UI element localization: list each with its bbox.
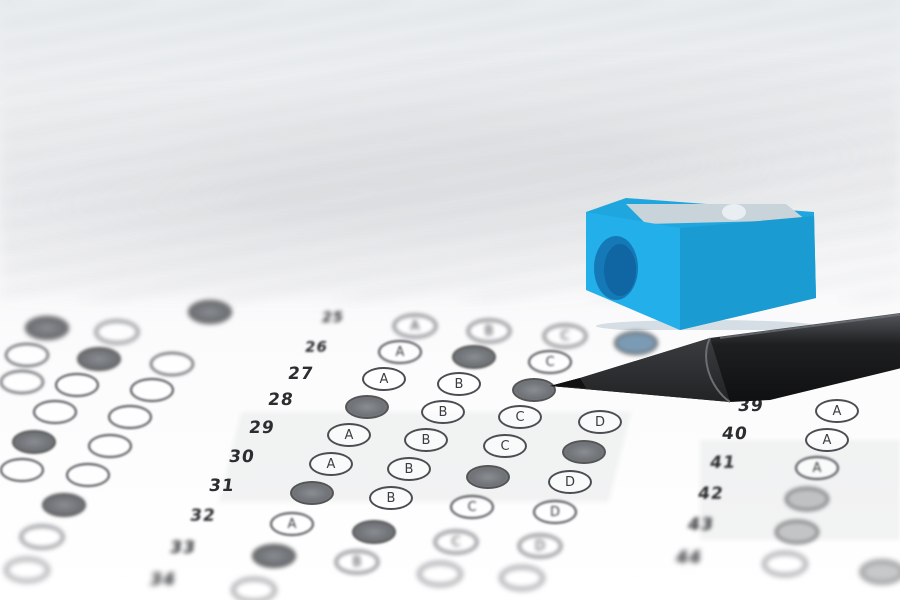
black-pencil [550,308,900,408]
bubble-40-a[interactable]: A [805,428,849,452]
bubble[interactable] [5,343,49,367]
bubble[interactable] [0,458,44,482]
bubble-filled[interactable] [12,430,56,454]
bubble[interactable] [33,400,77,424]
bubble-31-a[interactable] [290,481,334,505]
question-number: 25 [321,310,345,326]
bubble-30-b[interactable]: B [387,457,431,481]
bubble-32-c[interactable]: C [434,530,478,554]
bubble-filled[interactable] [77,347,121,371]
question-number: 32 [189,506,217,526]
question-number: 40 [721,424,749,444]
question-number: 33 [169,538,197,558]
bubble[interactable] [88,434,132,458]
bubble-33-c[interactable] [418,562,462,586]
bubble-26-b[interactable] [452,345,496,369]
bubble-32-a[interactable]: A [270,512,314,536]
question-number: 44 [675,548,703,568]
bubble-43-a[interactable] [775,520,819,544]
bubble-27-a[interactable]: A [362,367,406,391]
bubble-29-a[interactable]: A [327,423,371,447]
bubble[interactable] [5,558,49,582]
bubble[interactable] [108,405,152,429]
bubble-31-d[interactable]: D [548,470,592,494]
bubble-30-d[interactable] [562,440,606,464]
bubble-32-d[interactable]: D [533,500,577,524]
bubble-33-b[interactable]: B [335,550,379,574]
question-number: 27 [287,364,315,384]
question-number: 30 [228,447,256,467]
bubble-31-c[interactable]: C [450,495,494,519]
bubble-filled[interactable] [25,316,69,340]
bubble-41-a[interactable]: A [795,456,839,480]
question-number: 43 [687,515,715,535]
bubble-26-a[interactable]: A [378,340,422,364]
question-number: 28 [267,390,295,410]
bubble-32-b[interactable] [352,520,396,544]
bubble-filled[interactable] [188,300,232,324]
bubble-31-b[interactable]: B [369,486,413,510]
bubble[interactable] [20,525,64,549]
bubble-30-c[interactable] [466,465,510,489]
bubble-33-a[interactable] [252,544,296,568]
bubble-33-d[interactable]: D [518,534,562,558]
bubble-42-a[interactable] [785,487,829,511]
bubble[interactable] [95,320,139,344]
bubble-28-a[interactable] [345,395,389,419]
bubble-34-a[interactable] [232,578,276,600]
bubble-29-b[interactable]: B [404,428,448,452]
bubble[interactable] [150,352,194,376]
bubble-28-b[interactable]: B [421,400,465,424]
bubble-filled[interactable] [42,493,86,517]
question-number: 29 [248,418,276,438]
bubble-30-a[interactable]: A [309,452,353,476]
bubble[interactable] [55,373,99,397]
bubble[interactable] [0,370,44,394]
bubble-27-b[interactable]: B [437,372,481,396]
bubble[interactable] [66,463,110,487]
question-number: 31 [208,476,236,496]
bubble-25-a[interactable]: A [393,314,437,338]
question-number: 41 [709,453,737,473]
bubble-34-d[interactable] [500,566,544,590]
question-number: 26 [304,338,329,356]
bubble-44-a[interactable] [763,552,807,576]
question-number: 34 [149,570,177,590]
bubble[interactable] [130,378,174,402]
question-number: 42 [697,484,725,504]
bubble-28-c[interactable]: C [498,405,542,429]
bubble-filled[interactable] [860,560,900,584]
bubble-25-b[interactable]: B [467,319,511,343]
